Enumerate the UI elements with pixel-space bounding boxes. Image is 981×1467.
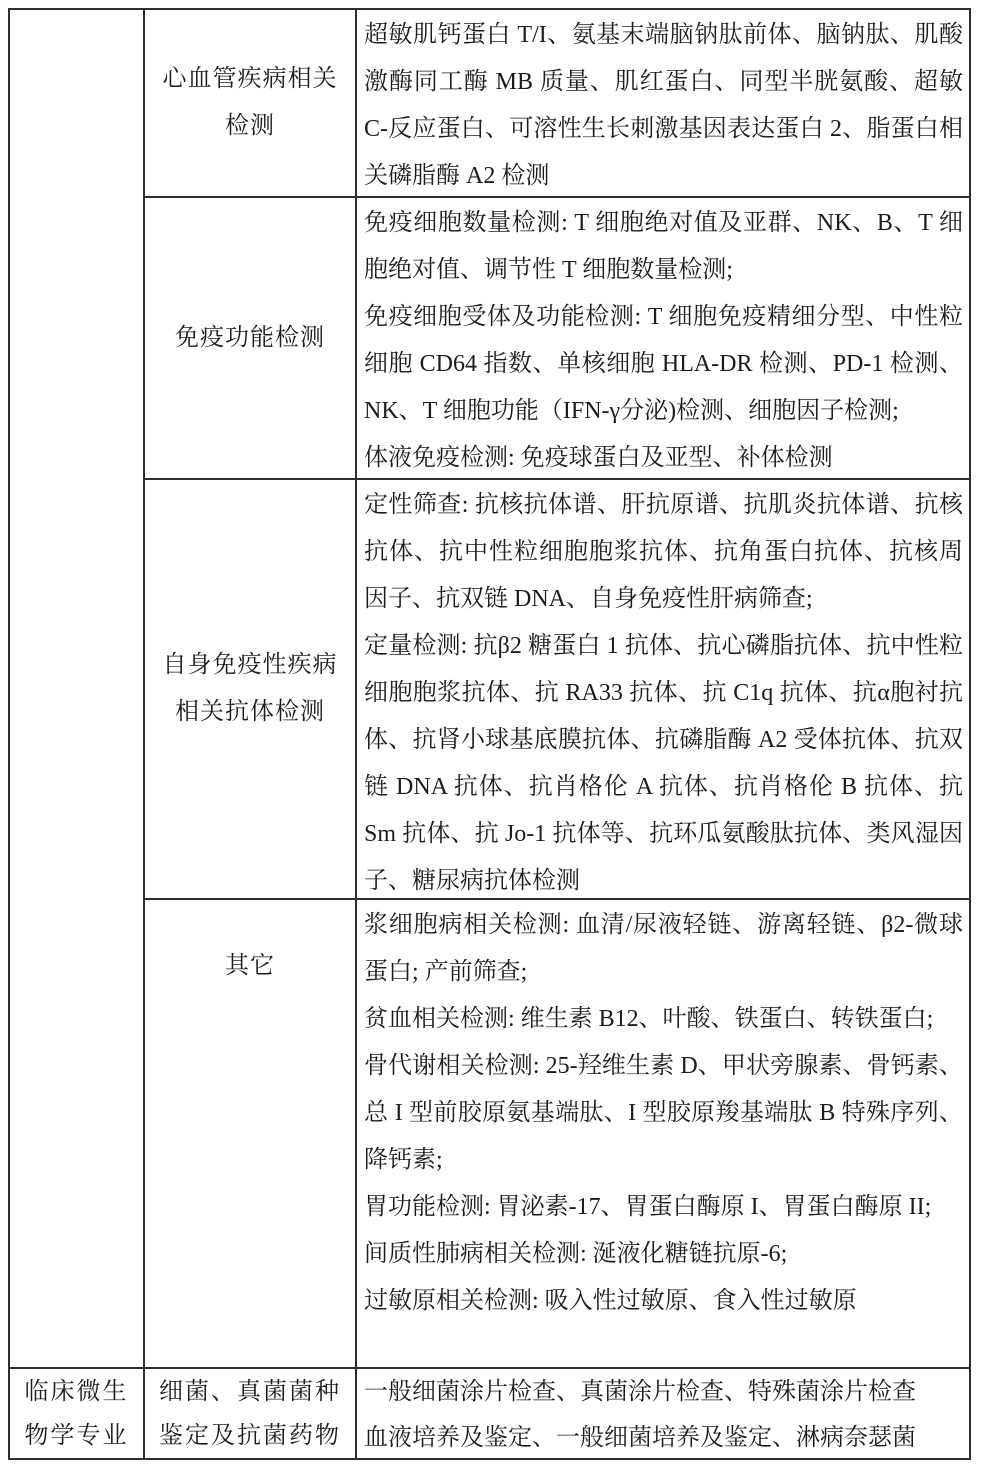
test-items-paragraph: 定量检测: 抗β2 糖蛋白 1 抗体、抗心磷脂抗体、抗中性粒细胞胞浆抗体、抗 R… — [364, 623, 963, 898]
category-cell-empty — [10, 10, 143, 1367]
items-cell-bacteria-fungi-identification: 一般细菌涂片检查、真菌涂片检查、特殊菌涂片检查 血液培养及鉴定、一般细菌培养及鉴… — [355, 1367, 969, 1458]
items-cell-cardiovascular: 超敏肌钙蛋白 T/I、氨基末端脑钠肽前体、脑钠肽、肌酸激酶同工酶 MB 质量、肌… — [355, 10, 969, 196]
category-cell-clinical-microbiology: 临床微生 物学专业 — [10, 1367, 143, 1458]
test-items-paragraph: 骨代谢相关检测: 25-羟维生素 D、甲状旁腺素、骨钙素、总 I 型前胶原氨基端… — [364, 1043, 963, 1184]
test-items-paragraph: 超敏肌钙蛋白 T/I、氨基末端脑钠肽前体、脑钠肽、肌酸激酶同工酶 MB 质量、肌… — [364, 12, 963, 196]
subcategory-label-line: 自身免疫性疾病 — [163, 642, 338, 689]
test-items-paragraph: 一般细菌涂片检查、真菌涂片检查、特殊菌涂片检查 — [364, 1369, 963, 1415]
subcategory-cell-bacteria-fungi-identification: 细菌、真菌菌种 鉴定及抗菌药物 — [143, 1367, 355, 1458]
subcategory-label-line: 鉴定及抗菌药物 — [159, 1414, 341, 1458]
test-items-paragraph: 过敏原相关检测: 吸入性过敏原、食入性过敏原 — [364, 1278, 963, 1325]
items-cell-immune-function: 免疫细胞数量检测: T 细胞绝对值及亚群、NK、B、T 细胞绝对值、调节性 T … — [355, 196, 969, 478]
category-label-line: 临床微生 — [25, 1370, 129, 1414]
items-cell-other: 浆细胞病相关检测: 血清/尿液轻链、游离轻链、β2-微球蛋白; 产前筛查; 贫血… — [355, 898, 969, 1367]
subcategory-label-line: 细菌、真菌菌种 — [159, 1370, 341, 1414]
test-items-paragraph: 胃功能检测: 胃泌素-17、胃蛋白酶原 I、胃蛋白酶原 II; — [364, 1184, 963, 1231]
subcategory-label-line: 其它 — [225, 943, 275, 990]
test-items-paragraph: 间质性肺病相关检测: 涎液化糖链抗原-6; — [364, 1231, 963, 1278]
test-items-paragraph: 浆细胞病相关检测: 血清/尿液轻链、游离轻链、β2-微球蛋白; 产前筛查; — [364, 902, 963, 996]
test-items-paragraph: 体液免疫检测: 免疫球蛋白及亚型、补体检测 — [364, 435, 963, 478]
subcategory-cell-autoimmune-antibody: 自身免疫性疾病 相关抗体检测 — [143, 478, 355, 898]
category-label-line: 物学专业 — [25, 1414, 129, 1458]
subcategory-label-line: 相关抗体检测 — [175, 689, 325, 736]
lab-test-categories-table: 心血管疾病相关 检测 超敏肌钙蛋白 T/I、氨基末端脑钠肽前体、脑钠肽、肌酸激酶… — [8, 8, 971, 1460]
subcategory-cell-cardiovascular: 心血管疾病相关 检测 — [143, 10, 355, 196]
test-items-paragraph: 血液培养及鉴定、一般细菌培养及鉴定、淋病奈瑟菌 — [364, 1415, 963, 1458]
items-cell-autoimmune-antibody: 定性筛查: 抗核抗体谱、肝抗原谱、抗肌炎抗体谱、抗核抗体、抗中性粒细胞胞浆抗体、… — [355, 478, 969, 898]
subcategory-label-line: 检测 — [225, 103, 275, 150]
subcategory-label-line: 心血管疾病相关 — [163, 56, 338, 103]
test-items-paragraph: 免疫细胞受体及功能检测: T 细胞免疫精细分型、中性粒细胞 CD64 指数、单核… — [364, 294, 963, 435]
document-page: 心血管疾病相关 检测 超敏肌钙蛋白 T/I、氨基末端脑钠肽前体、脑钠肽、肌酸激酶… — [0, 0, 981, 1467]
subcategory-cell-immune-function: 免疫功能检测 — [143, 196, 355, 478]
test-items-paragraph: 贫血相关检测: 维生素 B12、叶酸、铁蛋白、转铁蛋白; — [364, 996, 963, 1043]
test-items-paragraph: 免疫细胞数量检测: T 细胞绝对值及亚群、NK、B、T 细胞绝对值、调节性 T … — [364, 200, 963, 294]
subcategory-cell-other: 其它 — [143, 898, 355, 1367]
test-items-paragraph: 定性筛查: 抗核抗体谱、肝抗原谱、抗肌炎抗体谱、抗核抗体、抗中性粒细胞胞浆抗体、… — [364, 482, 963, 623]
subcategory-label-line: 免疫功能检测 — [175, 315, 325, 362]
